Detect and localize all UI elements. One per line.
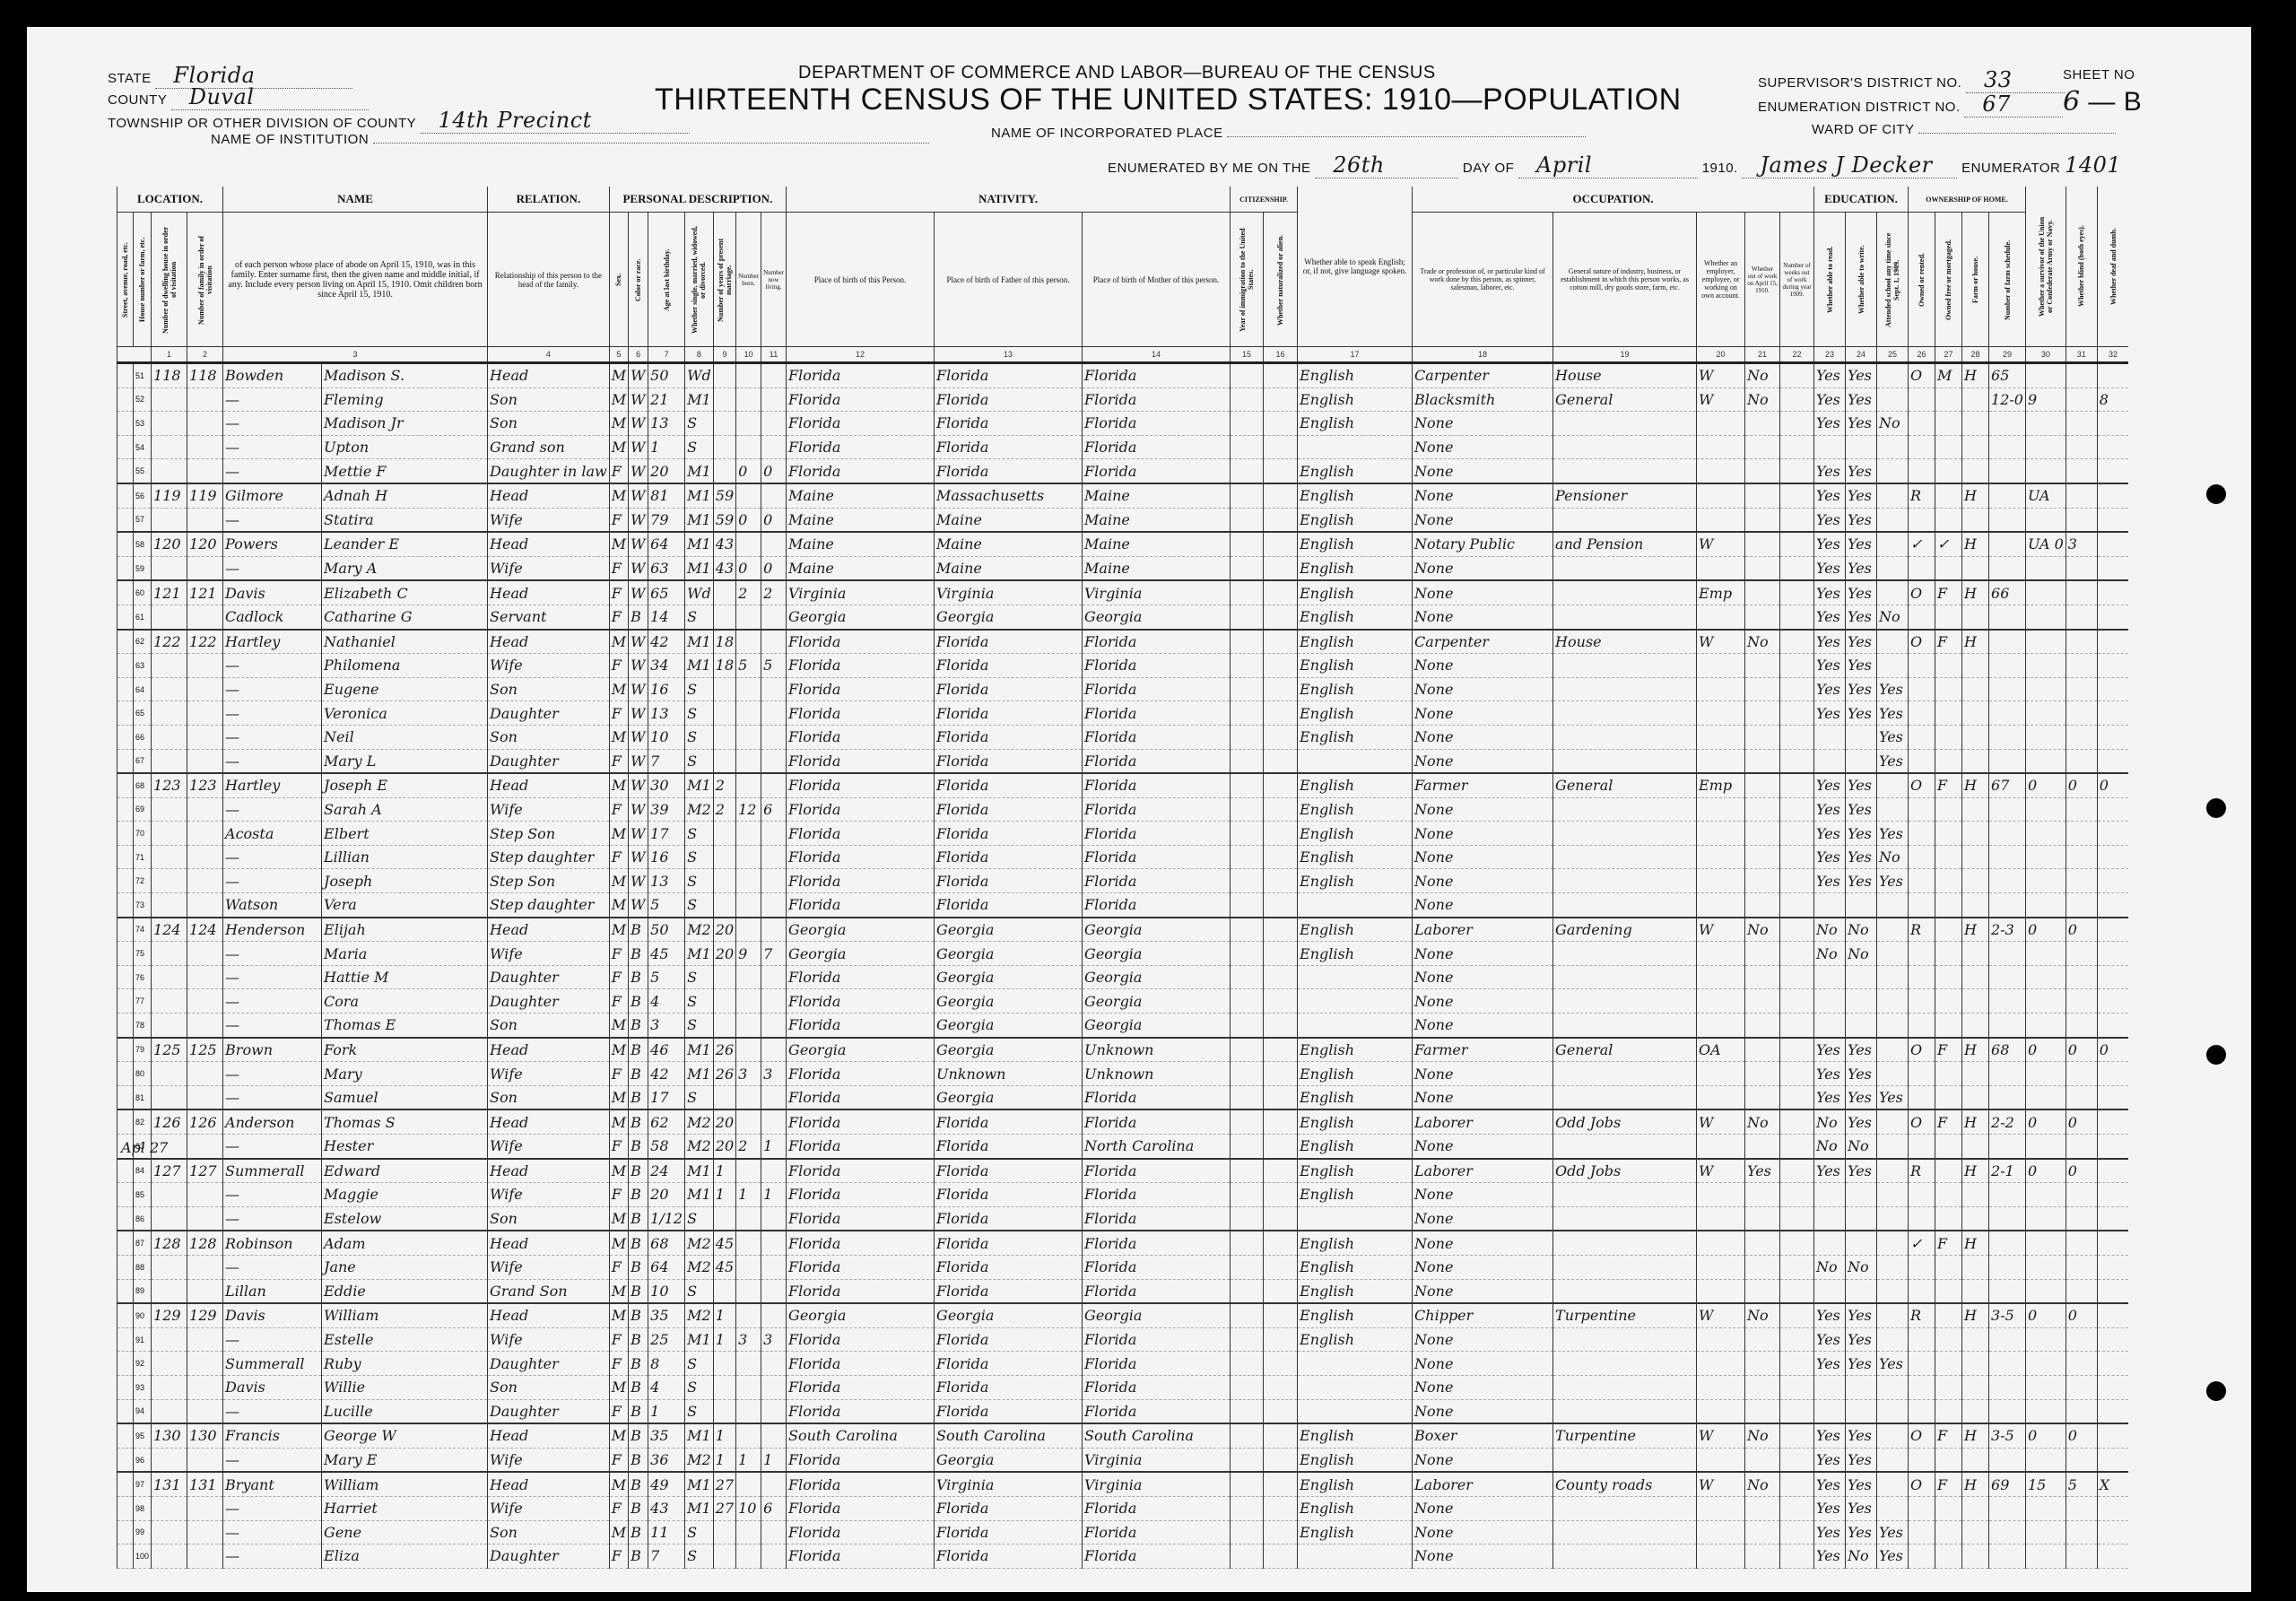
cell-sched (1989, 965, 2026, 989)
cell-c30 (2025, 1520, 2066, 1544)
cell-yrs: 26 (713, 1062, 735, 1086)
cell-born (736, 1109, 761, 1134)
cell-lang: English (1298, 508, 1413, 532)
cell-c31: 0 (2066, 1109, 2097, 1134)
cell-c31 (2066, 965, 2097, 989)
cell-pob: Florida (787, 749, 935, 773)
cell-emp (1697, 749, 1745, 773)
cell-farm (1962, 556, 1989, 580)
table-row: 76—Hattie MDaughterFB5SFloridaGeorgiaGeo… (117, 965, 2129, 989)
cell-write (1846, 435, 1877, 459)
cell-given: Ruby (322, 1352, 488, 1376)
cell-street (117, 1327, 134, 1352)
cell-line: 92 (134, 1352, 152, 1376)
cell-occ: Laborer (1413, 1472, 1553, 1496)
cell-write (1846, 989, 1877, 1014)
township-field: Township or other division of county 14t… (108, 108, 690, 134)
cell-race: W (629, 532, 648, 556)
cell-surname: Bowden (223, 363, 322, 388)
cell-fam (187, 1183, 223, 1207)
cell-own (1909, 459, 1935, 483)
cell-occ: Laborer (1413, 1159, 1553, 1183)
cell-out (1745, 1399, 1780, 1423)
cell-fam (187, 989, 223, 1014)
cell-sex: F (609, 556, 628, 580)
cell-emp (1697, 483, 1745, 508)
cell-read: Yes (1814, 1472, 1846, 1496)
cell-living (761, 1014, 787, 1038)
cell-mpob: Florida (1083, 1085, 1231, 1109)
cell-born: 3 (736, 1062, 761, 1086)
cell-c32 (2097, 412, 2128, 436)
cell-c30 (2025, 1399, 2066, 1423)
cell-wks (1780, 1448, 1814, 1472)
cell-pob: Georgia (787, 918, 935, 942)
cell-street (117, 773, 134, 797)
cell-ms: Wd (685, 363, 714, 388)
cell-age: 62 (648, 1109, 685, 1134)
cell-sched: 2-2 (1989, 1109, 2026, 1134)
cell-c32: X (2097, 1472, 2128, 1496)
cell-read: Yes (1814, 508, 1846, 532)
cell-sched (1989, 822, 2026, 846)
cell-c32 (2097, 869, 2128, 893)
cell-pob: Florida (787, 822, 935, 846)
cell-ind (1553, 1399, 1697, 1423)
cell-sched (1989, 1135, 2026, 1159)
cell-c30 (2025, 459, 2066, 483)
cell-emp (1697, 797, 1745, 822)
cell-nat (1264, 1423, 1298, 1448)
cell-own (1909, 701, 1935, 726)
cell-out: No (1745, 363, 1780, 388)
cell-free (1935, 459, 1962, 483)
cell-sex: F (609, 989, 628, 1014)
cell-yrs: 43 (713, 532, 735, 556)
cell-imm (1231, 1279, 1264, 1303)
cell-c30: 15 (2025, 1472, 2066, 1496)
cell-school (1877, 532, 1909, 556)
cell-rel: Wife (488, 797, 610, 822)
cell-race: B (629, 1352, 648, 1376)
cell-living (761, 483, 787, 508)
cell-sched (1989, 1255, 2026, 1279)
cell-ms: M2 (685, 1448, 714, 1472)
table-row: 83—HesterWifeFB58M22021FloridaFloridaNor… (117, 1135, 2129, 1159)
cell-write: Yes (1846, 677, 1877, 701)
cell-emp (1697, 1327, 1745, 1352)
cell-lang: English (1298, 1231, 1413, 1255)
cell-sex: M (609, 630, 628, 654)
cell-sex: M (609, 869, 628, 893)
cell-rel: Daughter (488, 1544, 610, 1569)
cell-yrs: 1 (713, 1423, 735, 1448)
cell-ms: M1 (685, 1423, 714, 1448)
cell-surname: — (223, 677, 322, 701)
cell-ms: S (685, 1520, 714, 1544)
cell-given: Veronica (322, 701, 488, 726)
cell-given: Elijah (322, 918, 488, 942)
cell-ms: Wd (685, 580, 714, 605)
cell-c31 (2066, 1375, 2097, 1399)
free-mortgaged-header: Owned free or mortgaged. (1944, 226, 1952, 334)
cell-emp: W (1697, 1423, 1745, 1448)
census-rows: 51118118BowdenMadison S.HeadMW50WdFlorid… (117, 363, 2129, 1569)
cell-c32 (2097, 1544, 2128, 1569)
cell-living (761, 1159, 787, 1183)
cell-c31 (2066, 942, 2097, 966)
cell-ms: S (685, 1375, 714, 1399)
cell-read: Yes (1814, 630, 1846, 654)
cell-emp (1697, 459, 1745, 483)
cell-c30 (2025, 630, 2066, 654)
cell-nat (1264, 1375, 1298, 1399)
cell-occ: None (1413, 459, 1553, 483)
cell-dw (152, 845, 187, 869)
cell-out (1745, 1496, 1780, 1520)
cell-sched (1989, 654, 2026, 678)
cell-farm: H (1962, 1038, 1989, 1062)
cell-dw: 129 (152, 1303, 187, 1327)
cell-imm (1231, 363, 1264, 388)
incorporated-label: Name of incorporated place (991, 126, 1223, 141)
cell-c31 (2066, 363, 2097, 388)
cell-dw (152, 1352, 187, 1376)
cell-race: W (629, 630, 648, 654)
cell-free (1935, 1327, 1962, 1352)
cell-mpob: Florida (1083, 1279, 1231, 1303)
cell-ms: M1 (685, 387, 714, 412)
cell-street (117, 1159, 134, 1183)
cell-fpob: Florida (935, 630, 1083, 654)
cell-free (1935, 725, 1962, 749)
cell-dw (152, 677, 187, 701)
cell-fam (187, 1085, 223, 1109)
cell-pob: Georgia (787, 1303, 935, 1327)
cell-fpob: Florida (935, 773, 1083, 797)
cell-surname: Hartley (223, 630, 322, 654)
cell-wks (1780, 845, 1814, 869)
cell-living (761, 1109, 787, 1134)
cell-farm: H (1962, 1109, 1989, 1134)
cell-farm (1962, 749, 1989, 773)
table-row: 90129129DavisWilliamHeadMB35M21GeorgiaGe… (117, 1303, 2129, 1327)
cell-ms: M2 (685, 1231, 714, 1255)
cell-dw (152, 893, 187, 918)
cell-ms: S (685, 725, 714, 749)
cell-rel: Wife (488, 1255, 610, 1279)
cell-fam (187, 1496, 223, 1520)
cell-lang (1298, 1014, 1413, 1038)
cell-ind (1553, 508, 1697, 532)
cell-fam (187, 942, 223, 966)
cell-occ: None (1413, 965, 1553, 989)
cell-pob: Florida (787, 1085, 935, 1109)
cell-nat (1264, 1303, 1298, 1327)
cell-own (1909, 605, 1935, 629)
cell-fpob: Georgia (935, 942, 1083, 966)
cell-street (117, 363, 134, 388)
cell-race: B (629, 1375, 648, 1399)
cell-c32 (2097, 556, 2128, 580)
cell-wks (1780, 363, 1814, 388)
cell-pob: Florida (787, 1279, 935, 1303)
cell-yrs (713, 1520, 735, 1544)
cell-lang: English (1298, 630, 1413, 654)
cell-nat (1264, 965, 1298, 989)
cell-out (1745, 412, 1780, 436)
cell-sex: F (609, 1399, 628, 1423)
cell-line: 68 (134, 773, 152, 797)
cell-race: B (629, 965, 648, 989)
cell-given: Leander E (322, 532, 488, 556)
cell-ind (1553, 822, 1697, 846)
cell-age: 13 (648, 412, 685, 436)
table-row: 57—StatiraWifeFW79M15900MaineMaineMaineE… (117, 508, 2129, 532)
cell-yrs: 59 (713, 508, 735, 532)
cell-lang (1298, 435, 1413, 459)
cell-surname: — (223, 1496, 322, 1520)
cell-out (1745, 942, 1780, 966)
cell-surname: — (223, 797, 322, 822)
cell-occ: None (1413, 1062, 1553, 1086)
cell-given: Hattie M (322, 965, 488, 989)
cell-age: 16 (648, 845, 685, 869)
cell-farm: H (1962, 363, 1989, 388)
cell-lang: English (1298, 363, 1413, 388)
cell-dw: 126 (152, 1109, 187, 1134)
cell-occ: None (1413, 1520, 1553, 1544)
cell-out (1745, 1448, 1780, 1472)
cell-rel: Head (488, 532, 610, 556)
cell-race: B (629, 989, 648, 1014)
cell-race: B (629, 1327, 648, 1352)
cell-ind (1553, 1135, 1697, 1159)
cell-fpob: Florida (935, 1109, 1083, 1134)
cell-given: Mary (322, 1062, 488, 1086)
cell-farm (1962, 701, 1989, 726)
cell-wks (1780, 459, 1814, 483)
cell-ind (1553, 1279, 1697, 1303)
cell-ind (1553, 1520, 1697, 1544)
cell-school (1877, 1472, 1909, 1496)
cell-school: Yes (1877, 1085, 1909, 1109)
cell-street (117, 1544, 134, 1569)
cell-out (1745, 556, 1780, 580)
cell-write: Yes (1846, 869, 1877, 893)
cell-age: 36 (648, 1448, 685, 1472)
cell-fpob: Maine (935, 508, 1083, 532)
cell-free (1935, 942, 1962, 966)
cell-imm (1231, 1038, 1264, 1062)
cell-nat (1264, 677, 1298, 701)
cell-free (1935, 1399, 1962, 1423)
cell-fam (187, 1352, 223, 1376)
cell-fam (187, 1062, 223, 1086)
cell-school (1877, 989, 1909, 1014)
cell-farm: H (1962, 1472, 1989, 1496)
cell-out: No (1745, 387, 1780, 412)
cell-nat (1264, 412, 1298, 436)
cell-ind: Gardening (1553, 918, 1697, 942)
cell-farm: H (1962, 1303, 1989, 1327)
table-row: 55—Mettie FDaughter in lawFW20M100Florid… (117, 459, 2129, 483)
cell-line: 58 (134, 532, 152, 556)
cell-school (1877, 1231, 1909, 1255)
cell-yrs (713, 869, 735, 893)
cell-line: 98 (134, 1496, 152, 1520)
cell-wks (1780, 1375, 1814, 1399)
cell-age: 43 (648, 1496, 685, 1520)
cell-c30 (2025, 435, 2066, 459)
cell-read (1814, 435, 1846, 459)
cell-fpob: Florida (935, 1231, 1083, 1255)
cell-born (736, 412, 761, 436)
cell-occ: None (1413, 701, 1553, 726)
cell-living (761, 363, 787, 388)
cell-rel: Step daughter (488, 845, 610, 869)
cell-read: Yes (1814, 1496, 1846, 1520)
cell-living (761, 1520, 787, 1544)
enumerated-month: April (1518, 152, 1698, 178)
cell-nat (1264, 1496, 1298, 1520)
cell-school (1877, 1375, 1909, 1399)
cell-c32 (2097, 532, 2128, 556)
cell-nat (1264, 387, 1298, 412)
supervisor-district-field: Supervisor's District No. 33 (1758, 67, 2065, 93)
cell-emp (1697, 412, 1745, 436)
cell-yrs (713, 1085, 735, 1109)
cell-lang (1298, 1352, 1413, 1376)
cell-given: Eddie (322, 1279, 488, 1303)
cell-race: B (629, 1231, 648, 1255)
cell-emp (1697, 1448, 1745, 1472)
cell-ms: M1 (685, 483, 714, 508)
cell-sched (1989, 749, 2026, 773)
cell-fpob: Georgia (935, 1014, 1083, 1038)
cell-farm (1962, 1544, 1989, 1569)
cell-c31: 0 (2066, 1423, 2097, 1448)
cell-occ: None (1413, 654, 1553, 678)
cell-write: No (1846, 942, 1877, 966)
cell-c32 (2097, 893, 2128, 918)
cell-living: 3 (761, 1327, 787, 1352)
cell-fam (187, 1399, 223, 1423)
cell-c30 (2025, 942, 2066, 966)
cell-school (1877, 508, 1909, 532)
cell-living: 2 (761, 580, 787, 605)
cell-c30 (2025, 412, 2066, 436)
cell-street (117, 580, 134, 605)
cell-wks (1780, 1520, 1814, 1544)
cell-nat (1264, 1544, 1298, 1569)
cell-lang: English (1298, 580, 1413, 605)
cell-occ: None (1413, 556, 1553, 580)
cell-nat (1264, 773, 1298, 797)
sheet-side: B (2124, 87, 2143, 117)
cell-write: Yes (1846, 1520, 1877, 1544)
cell-free (1935, 1255, 1962, 1279)
cell-given: Catharine G (322, 605, 488, 629)
cell-school (1877, 1038, 1909, 1062)
cell-imm (1231, 1062, 1264, 1086)
cell-imm (1231, 1423, 1264, 1448)
cell-line: 82 (134, 1109, 152, 1134)
cell-mpob: Florida (1083, 459, 1231, 483)
cell-mpob: Florida (1083, 412, 1231, 436)
cell-fpob: Georgia (935, 989, 1083, 1014)
cell-dw (152, 725, 187, 749)
cell-school: No (1877, 845, 1909, 869)
cell-yrs: 1 (713, 1327, 735, 1352)
punch-hole (2206, 1381, 2226, 1401)
cell-age: 8 (648, 1352, 685, 1376)
cell-own (1909, 965, 1935, 989)
cell-dw: 120 (152, 532, 187, 556)
language-header: Whether able to speak English; or, if no… (1298, 187, 1413, 347)
cell-own (1909, 869, 1935, 893)
table-row: 75—MariaWifeFB45M12097GeorgiaGeorgiaGeor… (117, 942, 2129, 966)
cell-pob: Florida (787, 1183, 935, 1207)
cell-out (1745, 483, 1780, 508)
cell-emp (1697, 1279, 1745, 1303)
cell-out (1745, 435, 1780, 459)
cell-free (1935, 749, 1962, 773)
cell-emp (1697, 701, 1745, 726)
cell-mpob: South Carolina (1083, 1423, 1231, 1448)
cell-ind (1553, 556, 1697, 580)
cell-wks (1780, 1279, 1814, 1303)
cell-surname: Francis (223, 1423, 322, 1448)
cell-mpob: Virginia (1083, 580, 1231, 605)
cell-c32 (2097, 1520, 2128, 1544)
cell-sex: M (609, 893, 628, 918)
cell-write: Yes (1846, 1496, 1877, 1520)
cell-street (117, 918, 134, 942)
cell-c31 (2066, 1327, 2097, 1352)
cell-rel: Daughter in law (488, 459, 610, 483)
cell-school: No (1877, 605, 1909, 629)
cell-farm (1962, 459, 1989, 483)
cell-c30: 0 (2025, 918, 2066, 942)
cell-free: F (1935, 1109, 1962, 1134)
cell-emp (1697, 677, 1745, 701)
cell-own: R (1909, 1159, 1935, 1183)
cell-pob: Florida (787, 1255, 935, 1279)
cell-mpob: Maine (1083, 532, 1231, 556)
cell-rel: Servant (488, 605, 610, 629)
cell-race: B (629, 942, 648, 966)
cell-imm (1231, 412, 1264, 436)
cell-sex: M (609, 532, 628, 556)
cell-c30 (2025, 1327, 2066, 1352)
cell-emp: W (1697, 1109, 1745, 1134)
cell-age: 79 (648, 508, 685, 532)
cell-age: 11 (648, 1520, 685, 1544)
table-row: 91—EstelleWifeFB25M1133FloridaFloridaFlo… (117, 1327, 2129, 1352)
cell-emp: W (1697, 532, 1745, 556)
cell-c30 (2025, 1183, 2066, 1207)
cell-born (736, 483, 761, 508)
trade-header: Trade or profession of, or particular ki… (1413, 213, 1553, 347)
cell-sched (1989, 1279, 2026, 1303)
cell-sched (1989, 701, 2026, 726)
cell-yrs (713, 605, 735, 629)
cell-surname: Watson (223, 893, 322, 918)
cell-own (1909, 412, 1935, 436)
cell-read: No (1814, 1255, 1846, 1279)
cell-pob: Florida (787, 1448, 935, 1472)
